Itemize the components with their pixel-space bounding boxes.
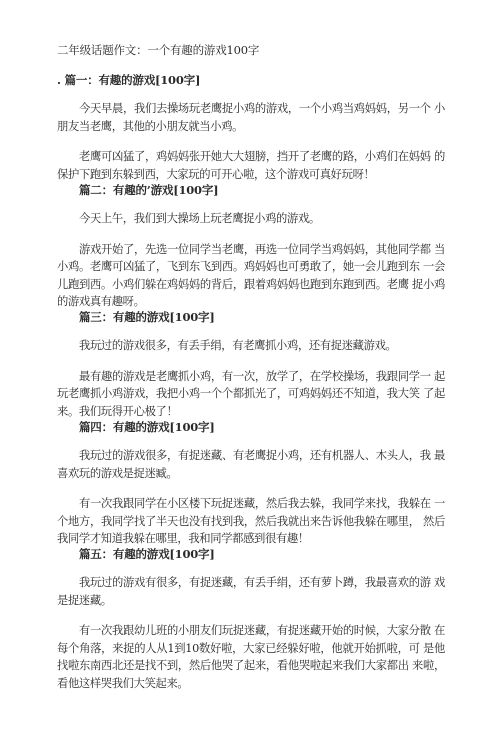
section-4: 篇四：有趣的游戏[100字] 我玩过的游戏很多，有捉迷藏、有老鹰捉小鸡，还有机器… <box>57 419 445 548</box>
paragraph: 我玩过的游戏很多，有丢手绢，有老鹰抓小鸡，还有捉迷藏游戏。 <box>57 337 445 355</box>
paragraph: 最有趣的游戏是老鹰抓小鸡，有一次，放学了，在学校操场，我跟同学一 起玩老鹰抓小鸡… <box>57 368 445 421</box>
paragraph: 老鹰可凶猛了，鸡妈妈张开她大大翅膀，挡开了老鹰的路，小鸡们在妈妈 的保护下跑到东… <box>57 148 445 183</box>
section-heading: 篇三：有趣的游戏[100字] <box>57 309 445 325</box>
section-2: 篇二：有趣的’游戏[100字] 今天上午，我们到大操场上玩老鹰捉小鸡的游戏。 游… <box>57 182 445 311</box>
section-5: 篇五：有趣的游戏[100字] 我玩过的游戏有很多，有捉迷藏，有丢手绢，还有萝卜蹲… <box>57 546 445 692</box>
paragraph: 今天早晨，我们去操场玩老鹰捉小鸡的游戏，一个小鸡当鸡妈妈，另一个 小朋友当老鹰，… <box>57 100 445 135</box>
paragraph: 今天上午，我们到大操场上玩老鹰捉小鸡的游戏。 <box>57 210 445 228</box>
section-heading: 篇五：有趣的游戏[100字] <box>57 546 445 562</box>
paragraph: 有一次我跟幼儿班的小朋友们玩捉迷藏，有捉迷藏开始的时候，大家分散 在每个角落，来… <box>57 622 445 692</box>
document-title: 二年级话题作文：一个有趣的游戏100字 <box>57 42 259 58</box>
section-1: . 篇一：有趣的游戏[100字] 今天早晨，我们去操场玩老鹰捉小鸡的游戏，一个小… <box>57 72 445 183</box>
section-heading: 篇四：有趣的游戏[100字] <box>57 419 445 435</box>
section-heading: 篇二：有趣的’游戏[100字] <box>57 182 445 198</box>
paragraph: 游戏开始了，先选一位同学当老鹰，再选一位同学当鸡妈妈，其他同学都 当小鸡。老鹰可… <box>57 241 445 311</box>
paragraph: 我玩过的游戏有很多，有捉迷藏，有丢手绢，还有萝卜蹲，我最喜欢的游 戏是捉迷藏。 <box>57 574 445 609</box>
paragraph: 我玩过的游戏很多，有捉迷藏、有老鹰捉小鸡，还有机器人、木头人，我 最喜欢玩的游戏… <box>57 447 445 482</box>
section-3: 篇三：有趣的游戏[100字] 我玩过的游戏很多，有丢手绢，有老鹰抓小鸡，还有捉迷… <box>57 309 445 420</box>
paragraph: 有一次我跟同学在小区楼下玩捉迷藏，然后我去躲，我同学来找，我躲在 一个地方，我同… <box>57 495 445 548</box>
section-heading: . 篇一：有趣的游戏[100字] <box>57 72 445 88</box>
